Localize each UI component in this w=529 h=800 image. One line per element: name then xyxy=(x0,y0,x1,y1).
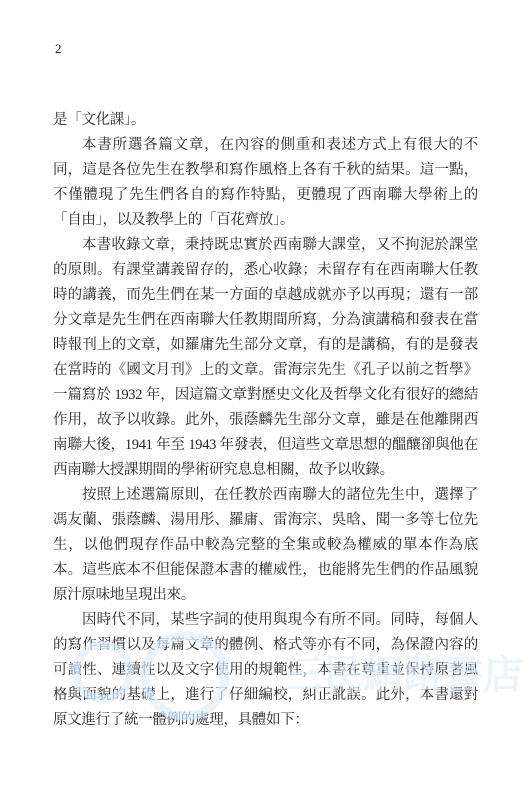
paragraph: 本書所選各篇文章，在內容的側重和表述方式上有很大的不同，這是各位先生在教學和寫作… xyxy=(53,133,478,233)
paragraph: 因時代不同，某些字詞的使用與現今有所不同。同時，每個人的寫作習慣以及每篇文章的體… xyxy=(53,608,478,733)
paragraph: 是「文化課」。 xyxy=(53,108,478,133)
page-number: 2 xyxy=(55,41,62,57)
text-block: 是「文化課」。 本書所選各篇文章，在內容的側重和表述方式上有很大的不同，這是各位… xyxy=(53,108,478,733)
paragraph: 本書收錄文章，秉持既忠實於西南聯大課堂，又不拘泥於課堂的原則。有課堂講義留存的，… xyxy=(53,233,478,483)
paragraph: 按照上述選篇原則，在任教於西南聯大的諸位先生中，選擇了馮友蘭、張蔭麟、湯用彤、羅… xyxy=(53,483,478,608)
book-page: 2 是「文化課」。 本書所選各篇文章，在內容的側重和表述方式上有很大的不同，這是… xyxy=(0,0,529,800)
